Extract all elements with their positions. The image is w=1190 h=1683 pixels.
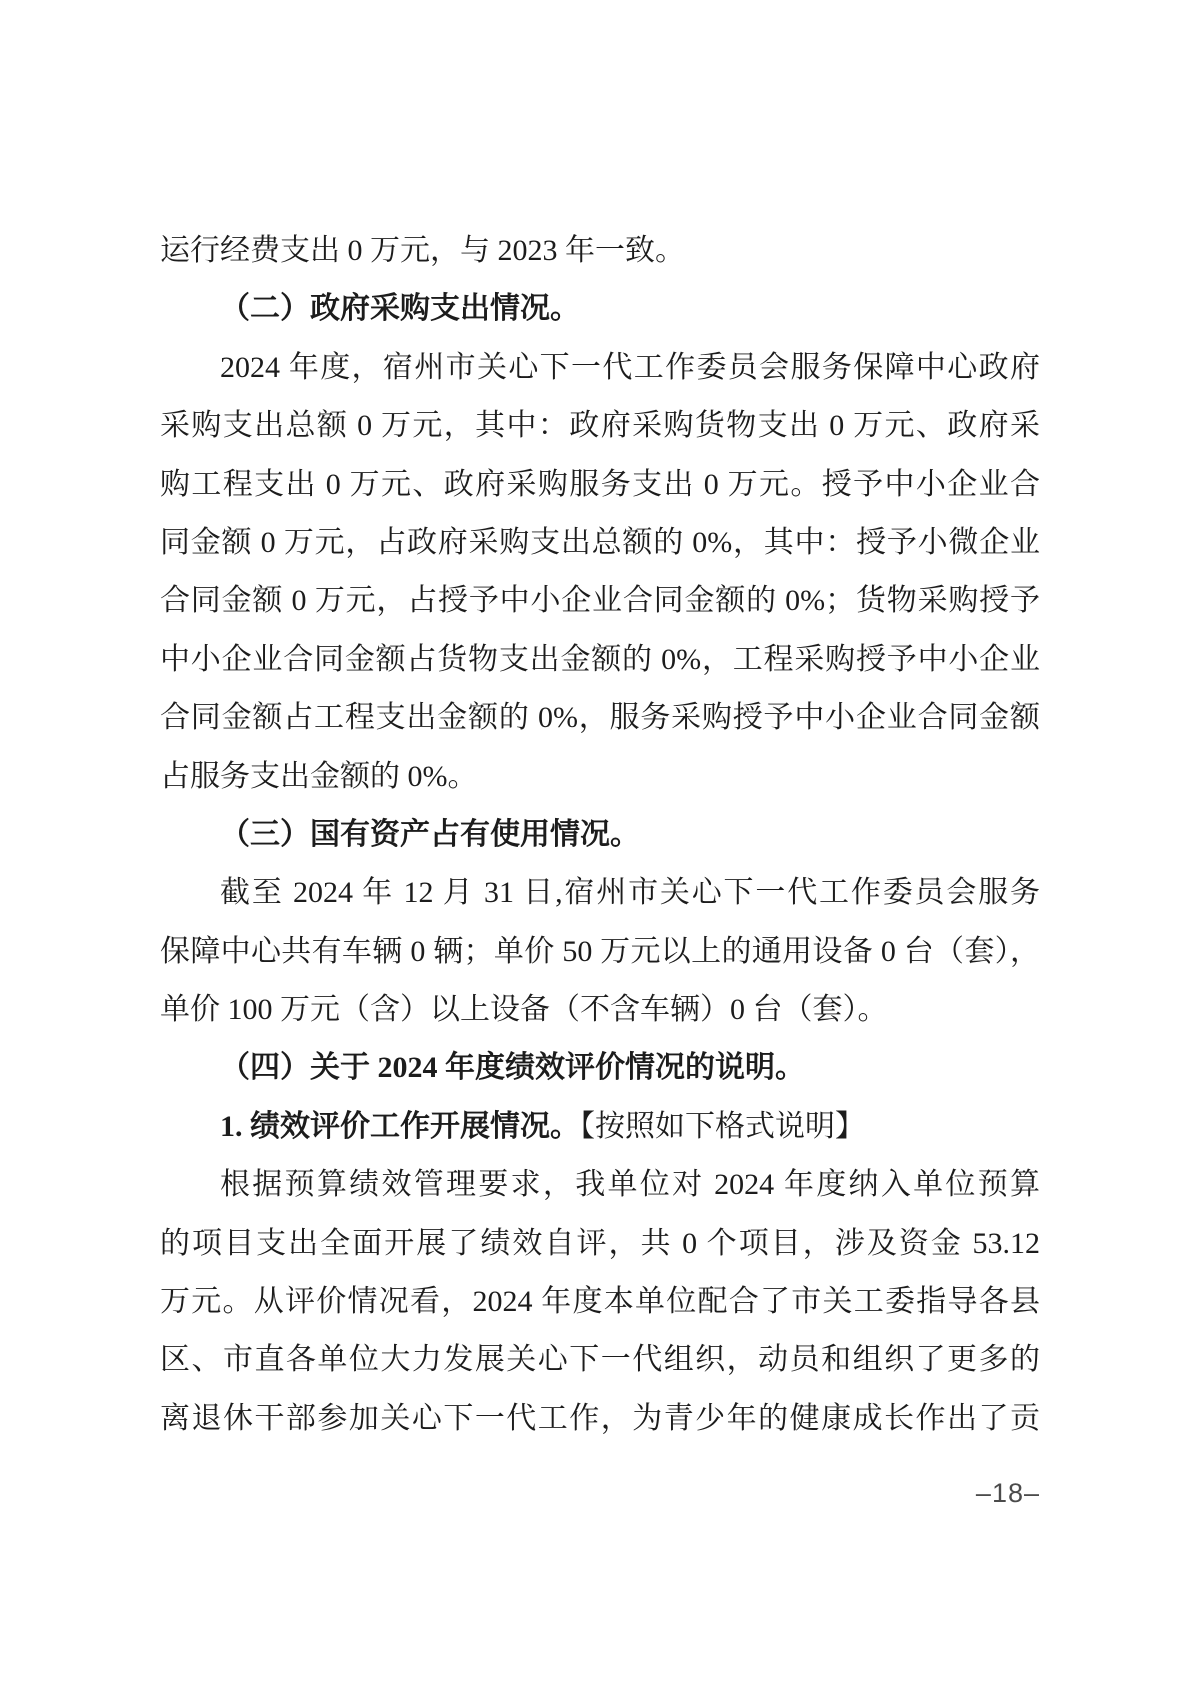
body-line: 占服务支出金额的 0%。 [160,748,1040,806]
body-line: 运行经费支出 0 万元，与 2023 年一致。 [160,222,1040,280]
body-line: 区、市直各单位大力发展关心下一代组织，动员和组织了更多的 [160,1331,1040,1389]
body-line: 离退休干部参加关心下一代工作，为青少年的健康成长作出了贡 [160,1390,1040,1448]
page-number: –18– [160,1478,1040,1509]
document-body: 运行经费支出 0 万元，与 2023 年一致。 （二）政府采购支出情况。 202… [160,222,1040,1448]
body-line: 购工程支出 0 万元、政府采购服务支出 0 万元。授予中小企业合 [160,456,1040,514]
body-line: 截至 2024 年 12 月 31 日,宿州市关心下一代工作委员会服务 [160,864,1040,922]
subsection-heading: 1. 绩效评价工作开展情况。【按照如下格式说明】 [160,1098,1040,1156]
body-line: 合同金额 0 万元，占授予中小企业合同金额的 0%；货物采购授予 [160,572,1040,630]
body-line: 万元。从评价情况看，2024 年度本单位配合了市关工委指导各县 [160,1273,1040,1331]
body-line: 的项目支出全面开展了绩效自评，共 0 个项目，涉及资金 53.12 [160,1215,1040,1273]
subsection-heading-label: 1. 绩效评价工作开展情况。 [220,1110,580,1143]
body-line: 合同金额占工程支出金额的 0%，服务采购授予中小企业合同金额 [160,689,1040,747]
section-heading-2: （二）政府采购支出情况。 [160,280,1040,338]
section-heading-4: （四）关于 2024 年度绩效评价情况的说明。 [160,1039,1040,1097]
body-line: 中小企业合同金额占货物支出金额的 0%，工程采购授予中小企业 [160,631,1040,689]
body-line: 采购支出总额 0 万元，其中：政府采购货物支出 0 万元、政府采 [160,397,1040,455]
document-page: 运行经费支出 0 万元，与 2023 年一致。 （二）政府采购支出情况。 202… [0,0,1190,1683]
body-line: 保障中心共有车辆 0 辆；单价 50 万元以上的通用设备 0 台（套）， [160,923,1040,981]
subsection-heading-note: 【按照如下格式说明】 [580,1110,865,1143]
body-line: 单价 100 万元（含）以上设备（不含车辆）0 台（套）。 [160,981,1040,1039]
body-line: 同金额 0 万元，占政府采购支出总额的 0%，其中：授予小微企业 [160,514,1040,572]
body-line: 2024 年度，宿州市关心下一代工作委员会服务保障中心政府 [160,339,1040,397]
section-heading-3: （三）国有资产占有使用情况。 [160,806,1040,864]
body-line: 根据预算绩效管理要求，我单位对 2024 年度纳入单位预算 [160,1156,1040,1214]
